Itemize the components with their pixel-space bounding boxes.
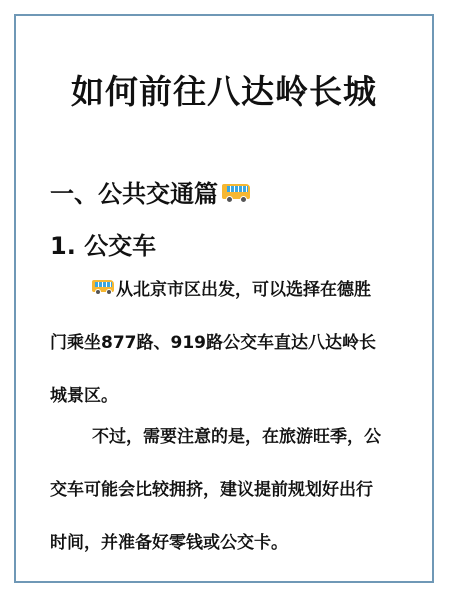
paragraph-line: 时间，并准备好零钱或公交卡。: [50, 517, 420, 570]
paragraph-line: 门乘坐877路、919路公交车直达八达岭长: [50, 317, 420, 370]
page-title: 如何前往八达岭长城: [16, 72, 432, 112]
content-card: 如何前往八达岭长城 一、公共交通篇 1. 公交车 从北京市区出发，可以选择在德胜…: [14, 14, 434, 583]
paragraph-note: 不过，需要注意的是，在旅游旺季，公 交车可能会比较拥挤，建议提前规划好出行 时间…: [50, 411, 420, 570]
subsection-heading: 1. 公交车: [50, 230, 156, 262]
paragraph-bus-route: 从北京市区出发，可以选择在德胜 门乘坐877路、919路公交车直达八达岭长 城景…: [50, 264, 420, 423]
paragraph-line: 从北京市区出发，可以选择在德胜: [50, 264, 420, 317]
paragraph-text: 从北京市区出发，可以选择在德胜: [116, 280, 371, 300]
section-heading-text: 一、公共交通篇: [50, 178, 218, 210]
paragraph-line: 交车可能会比较拥挤，建议提前规划好出行: [50, 464, 420, 517]
section-heading: 一、公共交通篇: [50, 178, 250, 210]
bus-icon: [92, 280, 114, 296]
bus-icon: [222, 184, 250, 204]
paragraph-text: 不过，需要注意的是，在旅游旺季，公: [92, 427, 381, 447]
paragraph-line: 不过，需要注意的是，在旅游旺季，公: [50, 411, 420, 464]
